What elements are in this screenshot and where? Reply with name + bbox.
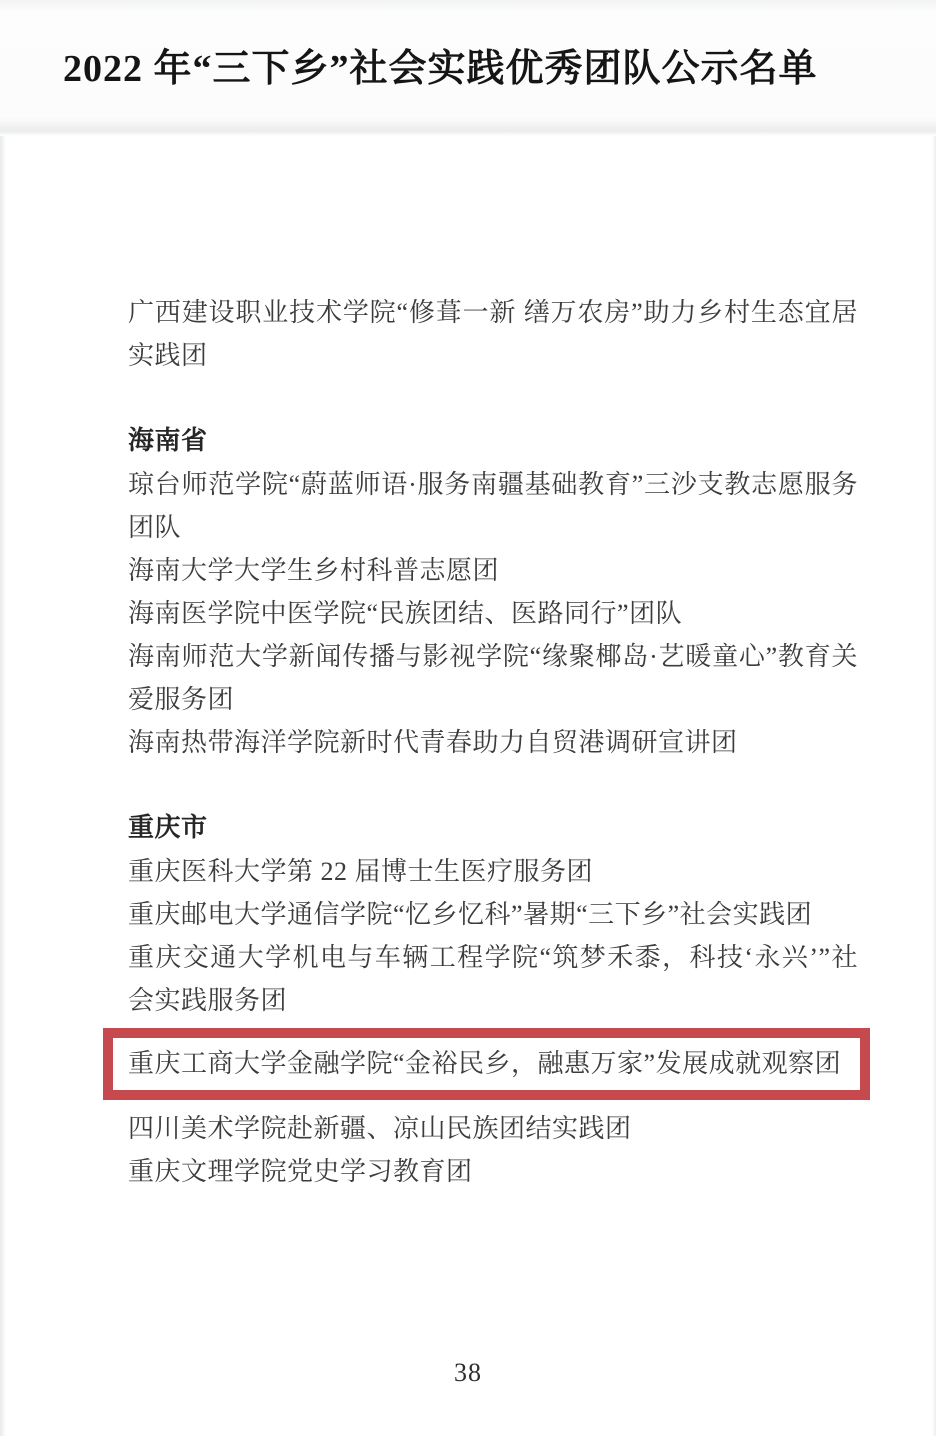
team-item: 重庆邮电大学通信学院“忆乡忆科”暑期“三下乡”社会实践团: [128, 893, 858, 936]
province-section: 广西建设职业技术学院“修葺一新 缮万农房”助力乡村生态宜居实践团: [128, 291, 858, 377]
team-item: 海南师范大学新闻传播与影视学院“缘聚椰岛·艺暖童心”教育关爱服务团: [128, 635, 858, 721]
province-heading: 重庆市: [128, 806, 858, 849]
highlight-box: 重庆工商大学金融学院“金裕民乡，融惠万家”发展成就观察团: [103, 1028, 870, 1100]
page-number: 38: [0, 1356, 936, 1390]
page-title: 2022 年“三下乡”社会实践优秀团队公示名单: [63, 46, 818, 92]
team-item: 重庆交通大学机电与车辆工程学院“筑梦禾黍，科技‘永兴’”社会实践服务团: [128, 936, 858, 1022]
team-item: 海南大学大学生乡村科普志愿团: [128, 549, 858, 592]
team-item: 广西建设职业技术学院“修葺一新 缮万农房”助力乡村生态宜居实践团: [128, 291, 858, 377]
document-page: 2022 年“三下乡”社会实践优秀团队公示名单 广西建设职业技术学院“修葺一新 …: [0, 0, 936, 1436]
province-heading: 海南省: [128, 419, 858, 462]
team-item: 重庆医科大学第 22 届博士生医疗服务团: [128, 850, 858, 893]
province-section: 重庆市重庆医科大学第 22 届博士生医疗服务团重庆邮电大学通信学院“忆乡忆科”暑…: [128, 806, 858, 1193]
team-item: 四川美术学院赴新疆、凉山民族团结实践团: [128, 1107, 858, 1150]
team-item: 海南热带海洋学院新时代青春助力自贸港调研宣讲团: [128, 721, 858, 764]
scan-left-edge-artifact: [0, 136, 6, 1436]
team-item: 海南医学院中医学院“民族团结、医路同行”团队: [128, 592, 858, 635]
province-section: 海南省琼台师范学院“蔚蓝师语·服务南疆基础教育”三沙支教志愿服务团队海南大学大学…: [128, 419, 858, 764]
team-list-content: 广西建设职业技术学院“修葺一新 缮万农房”助力乡村生态宜居实践团海南省琼台师范学…: [128, 291, 858, 1193]
team-item: 重庆工商大学金融学院“金裕民乡，融惠万家”发展成就观察团: [128, 1042, 852, 1085]
scan-right-edge-artifact: [932, 136, 936, 1436]
team-item: 琼台师范学院“蔚蓝师语·服务南疆基础教育”三沙支教志愿服务团队: [128, 463, 858, 549]
team-item: 重庆文理学院党史学习教育团: [128, 1150, 858, 1193]
